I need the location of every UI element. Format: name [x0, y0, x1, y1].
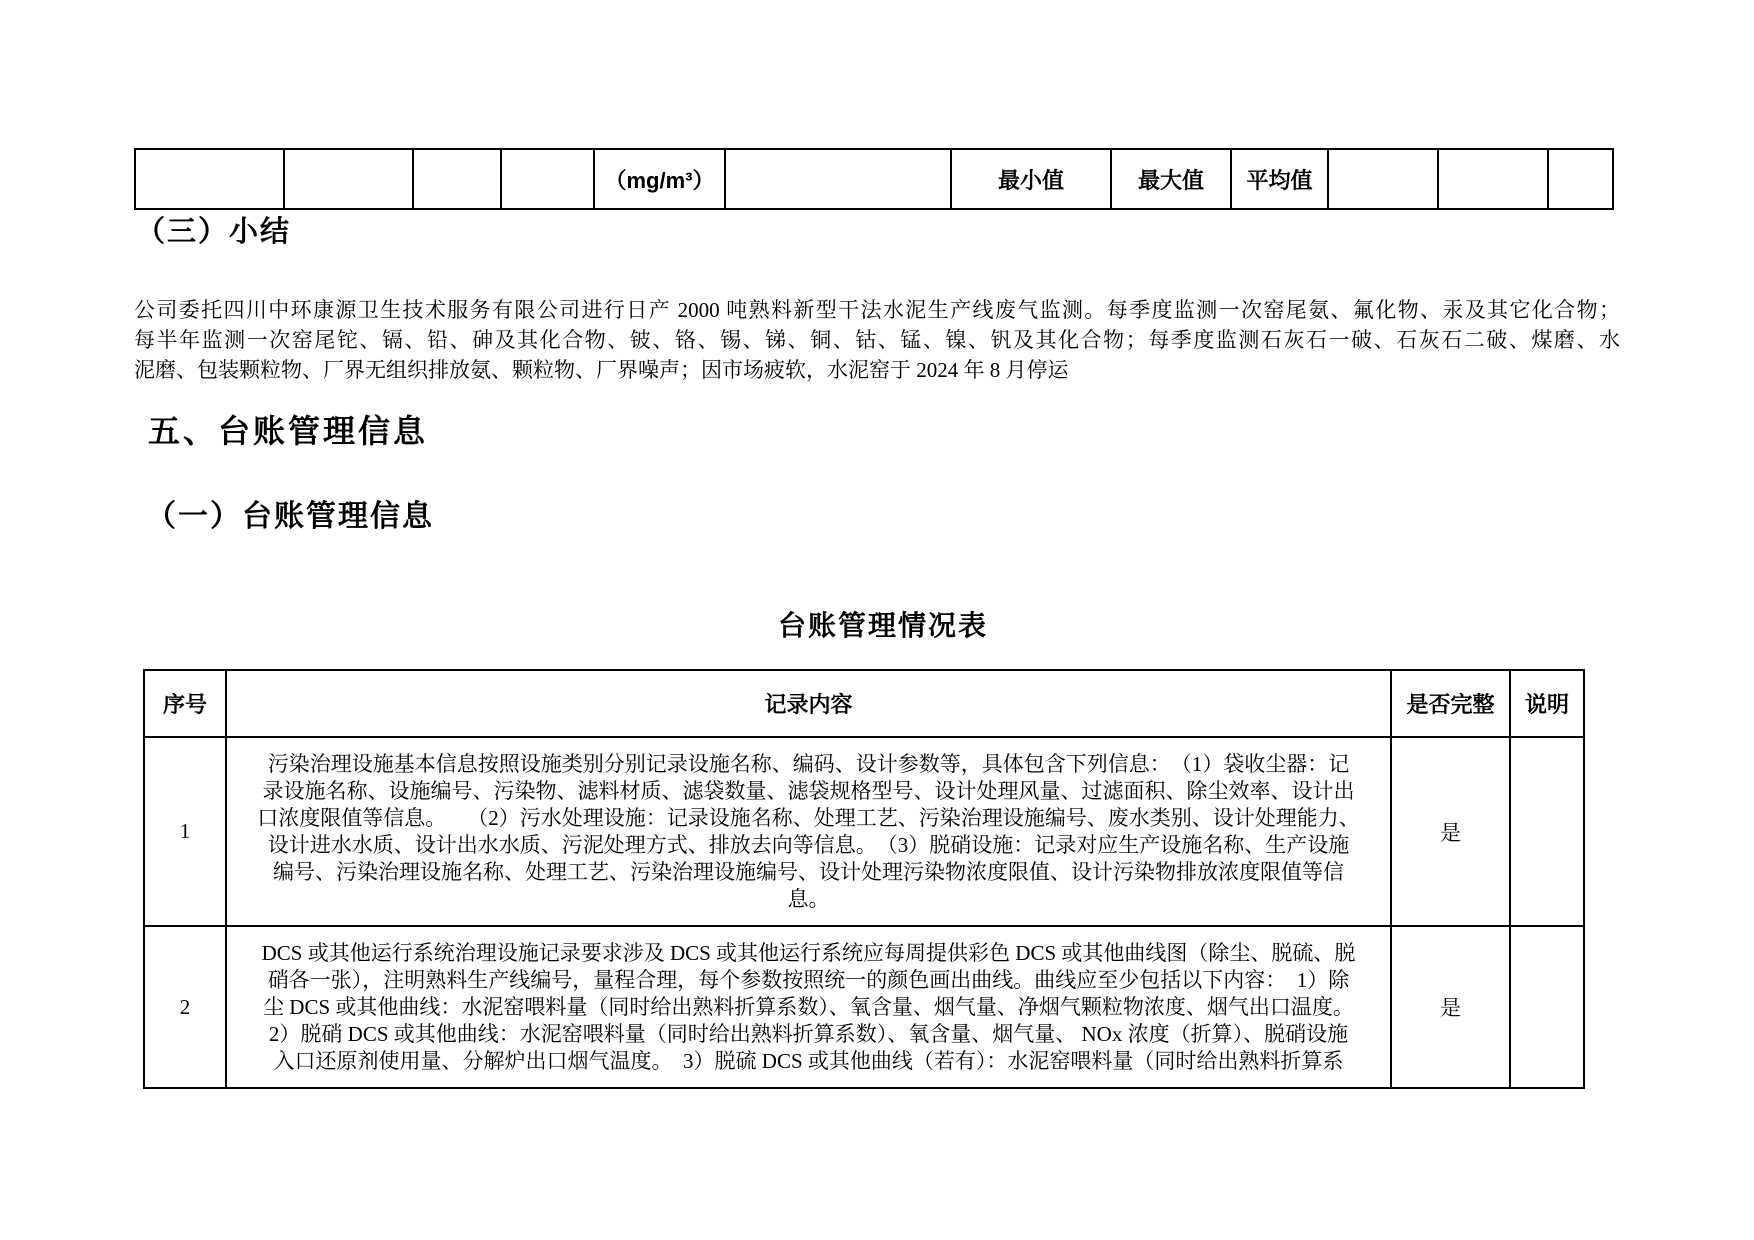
- header-cell-content: 记录内容: [226, 670, 1391, 737]
- cell-note: [1510, 926, 1584, 1088]
- cell-row-number: 2: [144, 926, 226, 1088]
- table-cell-unit: （mg/m³）: [594, 149, 725, 209]
- table-cell-empty: [413, 149, 501, 209]
- header-cell-complete: 是否完整: [1391, 670, 1510, 737]
- content-line: 入口还原剂使用量、分解炉出口烟气温度。 3）脱硫 DCS 或其他曲线（若有）：水…: [235, 1048, 1382, 1075]
- table-cell-empty: [135, 149, 284, 209]
- content-line: 口浓度限值等信息。 （2）污水处理设施：记录设施名称、处理工艺、污染治理设施编号…: [235, 805, 1382, 832]
- heading-section: 五、台账管理信息: [148, 406, 428, 452]
- cell-record-content: 污染治理设施基本信息按照设施类别分别记录设施名称、编码、设计参数等，具体包含下列…: [226, 737, 1391, 926]
- table-cell-empty: [284, 149, 413, 209]
- content-line: 录设施名称、设施编号、污染物、滤料材质、滤袋数量、滤袋规格型号、设计处理风量、过…: [235, 778, 1382, 805]
- content-line: 息。: [235, 886, 1382, 913]
- cell-row-number: 1: [144, 737, 226, 926]
- table-row: （mg/m³） 最小值 最大值 平均值: [135, 149, 1613, 209]
- content-line: 设计进水水质、设计出水水质、污泥处理方式、排放去向等信息。 （3）脱硝设施：记录…: [235, 832, 1382, 859]
- table-cell-empty: [1438, 149, 1548, 209]
- table-cell-empty: [725, 149, 951, 209]
- paragraph-line: 公司委托四川中环康源卫生技术服务有限公司进行日产 2000 吨熟料新型干法水泥生…: [134, 295, 1620, 325]
- table-cell-max: 最大值: [1111, 149, 1231, 209]
- table-cell-min: 最小值: [951, 149, 1111, 209]
- table-row: 1 污染治理设施基本信息按照设施类别分别记录设施名称、编码、设计参数等，具体包含…: [144, 737, 1584, 926]
- monitoring-stats-table: （mg/m³） 最小值 最大值 平均值: [134, 148, 1614, 210]
- document-page: （mg/m³） 最小值 最大值 平均值 （三）小结 公司委托四川中环康源卫生技术…: [0, 0, 1754, 1240]
- cell-complete: 是: [1391, 926, 1510, 1088]
- cell-record-content: DCS 或其他运行系统治理设施记录要求涉及 DCS 或其他运行系统应每周提供彩色…: [226, 926, 1391, 1088]
- cell-note: [1510, 737, 1584, 926]
- heading-summary: （三）小结: [136, 209, 291, 250]
- summary-paragraph: 公司委托四川中环康源卫生技术服务有限公司进行日产 2000 吨熟料新型干法水泥生…: [134, 295, 1620, 385]
- paragraph-line: 每半年监测一次窑尾铊、镉、铅、砷及其化合物、铍、铬、锡、锑、铜、钴、锰、镍、钒及…: [134, 325, 1620, 355]
- table-cell-empty: [1328, 149, 1438, 209]
- content-line: 尘 DCS 或其他曲线：水泥窑喂料量（同时给出熟料折算系数）、氧含量、烟气量、净…: [235, 994, 1382, 1021]
- table-header-row: 序号 记录内容 是否完整 说明: [144, 670, 1584, 737]
- table-cell-empty: [1548, 149, 1613, 209]
- heading-subsection: （一）台账管理信息: [146, 491, 434, 535]
- paragraph-line: 泥磨、包装颗粒物、厂界无组织排放氨、颗粒物、厂界噪声；因市场疲软，水泥窑于 20…: [134, 355, 1620, 385]
- content-line: 编号、污染治理设施名称、处理工艺、污染治理设施编号、设计处理污染物浓度限值、设计…: [235, 859, 1382, 886]
- table-cell-avg: 平均值: [1231, 149, 1328, 209]
- ledger-table: 序号 记录内容 是否完整 说明 1 污染治理设施基本信息按照设施类别分别记录设施…: [143, 669, 1585, 1089]
- content-line: 硝各一张），注明熟料生产线编号，量程合理，每个参数按照统一的颜色画出曲线。曲线应…: [235, 967, 1382, 994]
- header-cell-no: 序号: [144, 670, 226, 737]
- content-line: 污染治理设施基本信息按照设施类别分别记录设施名称、编码、设计参数等，具体包含下列…: [235, 751, 1382, 778]
- table-title: 台账管理情况表: [143, 604, 1623, 644]
- header-cell-note: 说明: [1510, 670, 1584, 737]
- table-row: 2 DCS 或其他运行系统治理设施记录要求涉及 DCS 或其他运行系统应每周提供…: [144, 926, 1584, 1088]
- table-cell-empty: [501, 149, 594, 209]
- content-line: DCS 或其他运行系统治理设施记录要求涉及 DCS 或其他运行系统应每周提供彩色…: [235, 940, 1382, 967]
- content-line: 2）脱硝 DCS 或其他曲线：水泥窑喂料量（同时给出熟料折算系数）、氧含量、烟气…: [235, 1021, 1382, 1048]
- cell-complete: 是: [1391, 737, 1510, 926]
